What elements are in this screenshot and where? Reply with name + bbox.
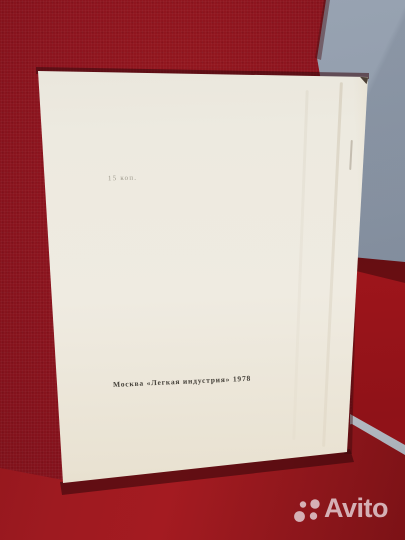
listing-photo: 15 коп. Москва «Легкая индустрия» 1978 A… <box>0 0 405 540</box>
avito-watermark-text: Avito <box>324 495 388 522</box>
book-spine-crease <box>322 82 343 447</box>
book-price-text: 15 коп. <box>108 174 137 183</box>
avito-watermark: Avito <box>292 495 388 523</box>
avito-logo-icon <box>292 497 322 523</box>
book-crease <box>292 90 308 440</box>
book-corner-wear <box>359 76 369 85</box>
book-edge-scuff <box>349 140 353 170</box>
book-imprint-text: Москва «Легкая индустрия» 1978 <box>113 374 251 389</box>
